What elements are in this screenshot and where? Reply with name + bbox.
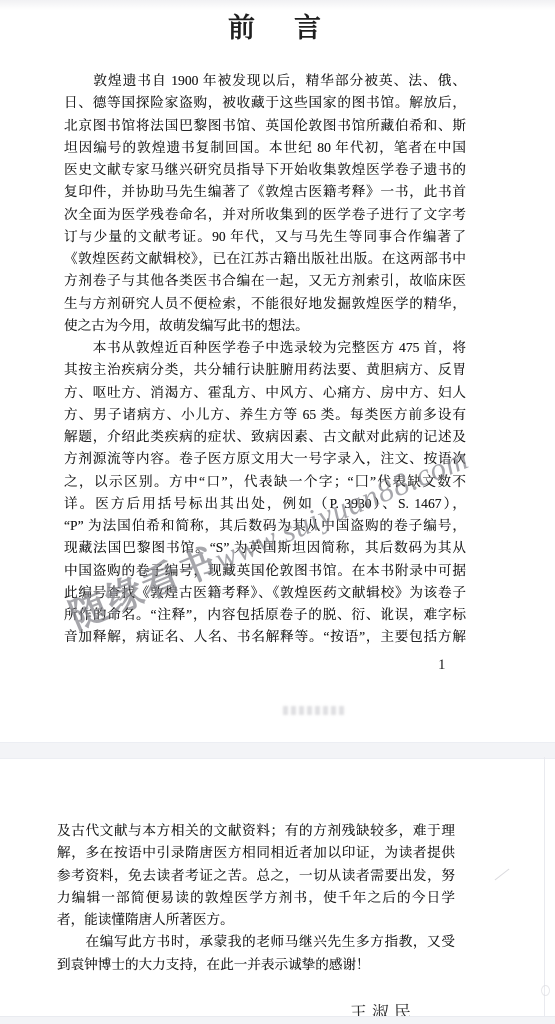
text-line: 参考资料，免去读者考证之苦。总之，一切从读者需要出发，努	[57, 865, 455, 887]
text-line: 方、男子诸病方、小儿方、养生方等 65 类。每类医方前多设有	[64, 404, 466, 426]
page-title: 前 言	[0, 6, 555, 45]
text-line: 方剂卷子与其他各类医书合编在一起，又无方剂索引，故临床医	[64, 270, 466, 292]
text-line: 音加释解，病证名、人名、书名解释等。“按语”，主要包括方解	[64, 626, 466, 648]
text-line: 在编写此方书时，承蒙我的老师马继兴先生多方指教，又受	[57, 931, 455, 953]
text-line: 解，多在按语中引录隋唐医方相同相近者加以印证，为读者提供	[57, 842, 455, 864]
text-line: 医史文献专家马继兴研究员指导下开始收集敦煌医学卷子遗书的	[64, 159, 466, 181]
text-line: 日、德等国探险家盗购，被收藏于这些国家的图书馆。解放后，	[64, 92, 466, 114]
scanned-book-page: 前 言 敦煌遗书自 1900 年被发现以后，精华部分被英、法、俄、日、德等国探险…	[0, 0, 555, 1024]
text-line: 方、呕吐方、消渴方、霍乱方、中风方、心痛方、房中方、妇人	[64, 382, 466, 404]
text-line: 次全面为医学残卷命名，并对所收集到的医学卷子进行了文字考	[64, 204, 466, 226]
page-edge-line	[544, 757, 545, 1024]
text-line: 订与少量的文献考证。90 年代，又与马先生等同事合作编著了	[64, 226, 466, 248]
text-line: 复印件，并协助马先生编著了《敦煌古医籍考释》一书，此书首	[64, 181, 466, 203]
text-line: 到袁钟博士的大力支持，在此一并表示诚挚的感谢！	[57, 954, 455, 976]
scan-shadow-bottom	[0, 1016, 555, 1024]
page-number: 1	[438, 657, 446, 674]
page-gap-band	[0, 742, 555, 759]
text-line: 者，能读懂隋唐人所著医方。	[57, 909, 455, 931]
text-line: 北京图书馆将法国巴黎图书馆、英国伦敦图书馆所藏伯希和、斯	[64, 115, 466, 137]
text-line: 坦因编号的敦煌遗书复制回国。本世纪 80 年代初，笔者在中国	[64, 137, 466, 159]
text-line: 解题，介绍此类疾病的症状、致病因素、古文献对此病的记述及	[64, 426, 466, 448]
text-line: 力编辑一部简便易读的敦煌医学方剂书，使千年之后的今日学	[57, 887, 455, 909]
text-line: 使之古为今用，故萌发编写此书的想法。	[64, 315, 466, 337]
scan-crease-mark	[495, 869, 510, 881]
text-line: 本书从敦煌近百种医学卷子中选录较为完整医方 475 首，将	[64, 337, 466, 359]
text-line: 生与方剂研究人员不便检索，不能很好地发掘敦煌医学的精华，	[64, 293, 466, 315]
preface-text-page2: 及古代文献与本方相关的文献资料；有的方剂残缺较多，难于理解，多在按语中引录隋唐医…	[57, 820, 455, 976]
scan-artifact-blur	[283, 706, 345, 715]
text-line: 其按主治疾病分类，共分辅行诀脏腑用药法要、黄胆病方、反胃	[64, 359, 466, 381]
text-line: 《敦煌医药文献辑校》，已在江苏古籍出版社出版。在这两部书中	[64, 248, 466, 270]
text-line: 敦煌遗书自 1900 年被发现以后，精华部分被英、法、俄、	[64, 70, 466, 92]
scan-speck-mark	[541, 985, 550, 996]
text-line: 及古代文献与本方相关的文献资料；有的方剂残缺较多，难于理	[57, 820, 455, 842]
